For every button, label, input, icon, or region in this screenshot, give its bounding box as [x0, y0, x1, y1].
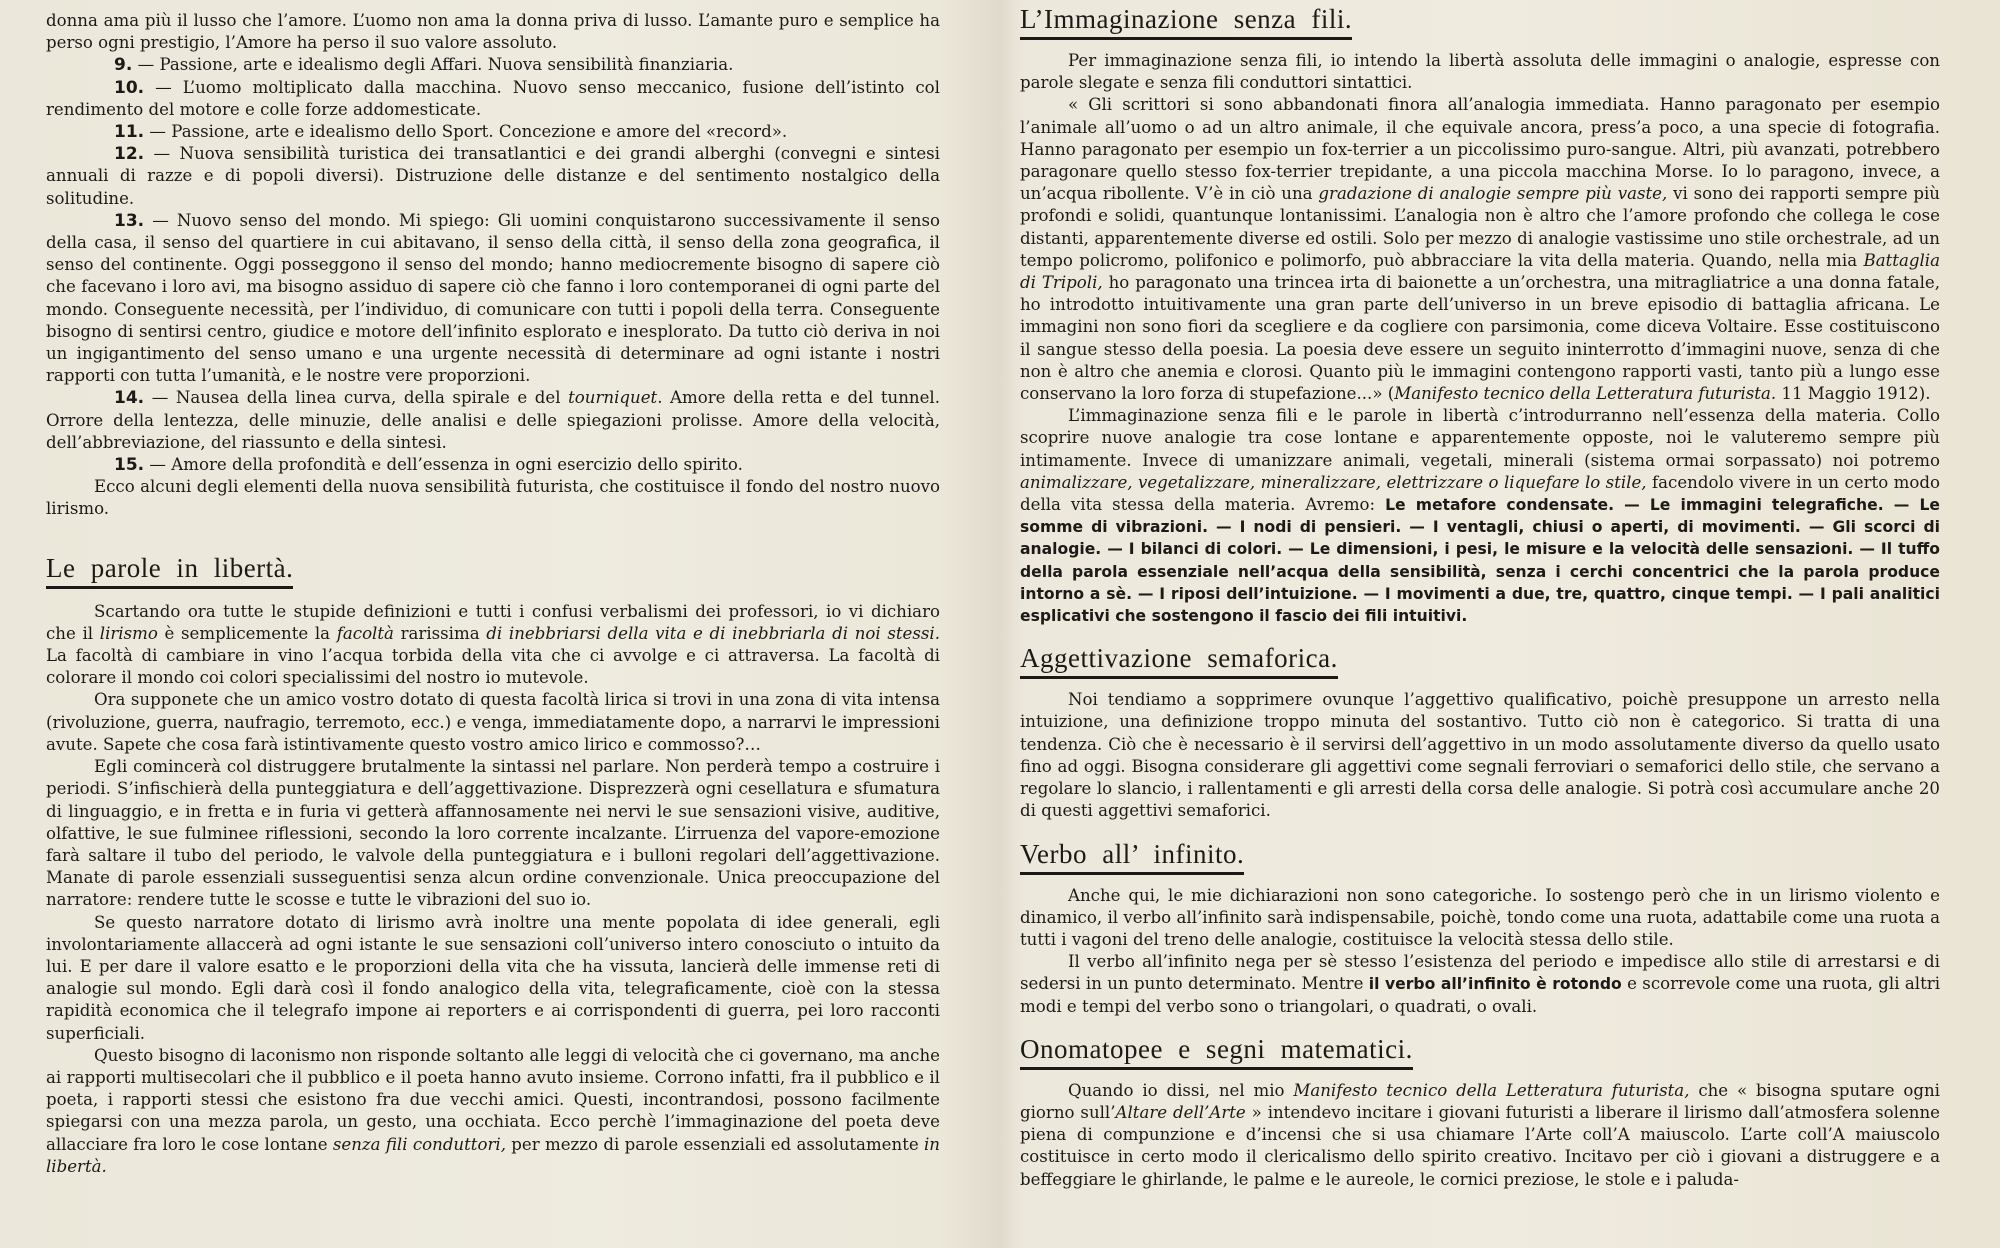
- item-number: 15.: [114, 455, 144, 475]
- list-item-11: 11. — Passione, arte e idealismo dello S…: [46, 121, 940, 143]
- italic-run: animalizzare, vegetalizzare, mineralizza…: [1020, 473, 1647, 492]
- section-heading-immaginazione: L’Immaginazione senza fili.: [1020, 2, 1352, 40]
- italic-run: di inebbriarsi della vita e di inebbriar…: [486, 624, 940, 643]
- list-item-13: 13. — Nuovo senso del mondo. Mi spiego: …: [46, 210, 940, 388]
- bold-sans-run: Le metafore condensate. — Le immagini te…: [1020, 496, 1940, 625]
- paragraph: Scartando ora tutte le stupide definizio…: [46, 601, 940, 690]
- paragraph: Se questo narratore dotato di lirismo av…: [46, 912, 940, 1045]
- heading-wrap: Verbo all’ infinito.: [1020, 837, 1940, 875]
- heading-wrap: Le parole in libertà.: [46, 551, 940, 589]
- text-run: L’immaginazione senza fili e le parole i…: [1020, 406, 1940, 469]
- heading-wrap: L’Immaginazione senza fili.: [1020, 2, 1940, 40]
- item-number: 13.: [114, 211, 144, 231]
- item-number: 14.: [114, 388, 144, 408]
- italic-run: gradazione di analogie sempre più vaste,: [1318, 184, 1667, 203]
- text-run: La facoltà di cambiare in vino l’acqua t…: [46, 646, 940, 687]
- italic-run: Manifesto tecnico della Letteratura futu…: [1394, 384, 1776, 403]
- section-heading-onomatopee: Onomatopee e segni matematici.: [1020, 1032, 1413, 1070]
- heading-wrap: Aggettivazione semaforica.: [1020, 641, 1940, 679]
- italic-run: senza fili conduttori,: [333, 1135, 506, 1154]
- paragraph: Il verbo all’infinito nega per sè stesso…: [1020, 951, 1940, 1018]
- heading-wrap: Onomatopee e segni matematici.: [1020, 1032, 1940, 1070]
- text-run: 11 Maggio 1912).: [1776, 384, 1930, 403]
- item-number: 11.: [114, 122, 144, 142]
- intro-paragraph: donna ama più il lusso che l’amore. L’uo…: [46, 10, 940, 54]
- closing-paragraph: Ecco alcuni degli elementi della nuova s…: [46, 476, 940, 520]
- text-run: per mezzo di parole essenziali ed assolu…: [506, 1135, 924, 1154]
- item-text: — Nuova sensibilità turistica dei transa…: [46, 144, 940, 207]
- item-text: — Passione, arte e idealismo dello Sport…: [149, 122, 787, 141]
- italic-run: Altare dell’Arte: [1116, 1103, 1246, 1122]
- bold-sans-run: il verbo all’infinito è rotondo: [1369, 975, 1622, 993]
- right-page: L’Immaginazione senza fili. Per immagina…: [980, 0, 2000, 1248]
- section-heading-verbo: Verbo all’ infinito.: [1020, 837, 1244, 875]
- section-heading-parole-in-liberta: Le parole in libertà.: [46, 551, 293, 589]
- item-number: 9.: [114, 55, 132, 75]
- text-run: è semplicemente la: [158, 624, 337, 643]
- text-run: Quando io dissi, nel mio: [1068, 1081, 1293, 1100]
- item-text: — Passione, arte e idealismo degli Affar…: [138, 55, 734, 74]
- section-heading-aggettivazione: Aggettivazione semaforica.: [1020, 641, 1338, 679]
- item-italic: tourniquet: [568, 388, 657, 407]
- text-run: rarissima: [394, 624, 486, 643]
- paragraph: L’immaginazione senza fili e le parole i…: [1020, 405, 1940, 627]
- paragraph: Quando io dissi, nel mio Manifesto tecni…: [1020, 1080, 1940, 1191]
- list-item-9: 9. — Passione, arte e idealismo degli Af…: [46, 54, 940, 76]
- book-spread: donna ama più il lusso che l’amore. L’uo…: [0, 0, 2000, 1248]
- paragraph: Anche qui, le mie dichiarazioni non sono…: [1020, 885, 1940, 952]
- list-item-12: 12. — Nuova sensibilità turistica dei tr…: [46, 143, 940, 210]
- item-text: — Nausea della linea curva, della spiral…: [152, 388, 568, 407]
- item-text: — L’uomo moltiplicato dalla macchina. Nu…: [46, 78, 940, 119]
- list-item-10: 10. — L’uomo moltiplicato dalla macchina…: [46, 77, 940, 121]
- paragraph: Questo bisogno di laconismo non risponde…: [46, 1045, 940, 1178]
- item-text: — Nuovo senso del mondo. Mi spiego: Gli …: [46, 211, 940, 385]
- italic-run: Manifesto tecnico della Letteratura futu…: [1293, 1081, 1689, 1100]
- italic-run: lirismo: [100, 624, 158, 643]
- item-text: — Amore della profondità e dell’essenza …: [149, 455, 742, 474]
- list-item-15: 15. — Amore della profondità e dell’esse…: [46, 454, 940, 476]
- left-page: donna ama più il lusso che l’amore. L’uo…: [0, 0, 980, 1248]
- list-item-14: 14. — Nausea della linea curva, della sp…: [46, 387, 940, 454]
- paragraph: « Gli scrittori si sono abbandonati fino…: [1020, 94, 1940, 405]
- paragraph: Egli comincerà col distruggere brutalmen…: [46, 756, 940, 911]
- paragraph: Ora supponete che un amico vostro dotato…: [46, 689, 940, 756]
- item-number: 12.: [114, 144, 144, 164]
- item-number: 10.: [114, 78, 144, 98]
- italic-run: facoltà: [337, 624, 394, 643]
- paragraph: Noi tendiamo a sopprimere ovunque l’agge…: [1020, 689, 1940, 822]
- paragraph: Per immaginazione senza fili, io intendo…: [1020, 50, 1940, 94]
